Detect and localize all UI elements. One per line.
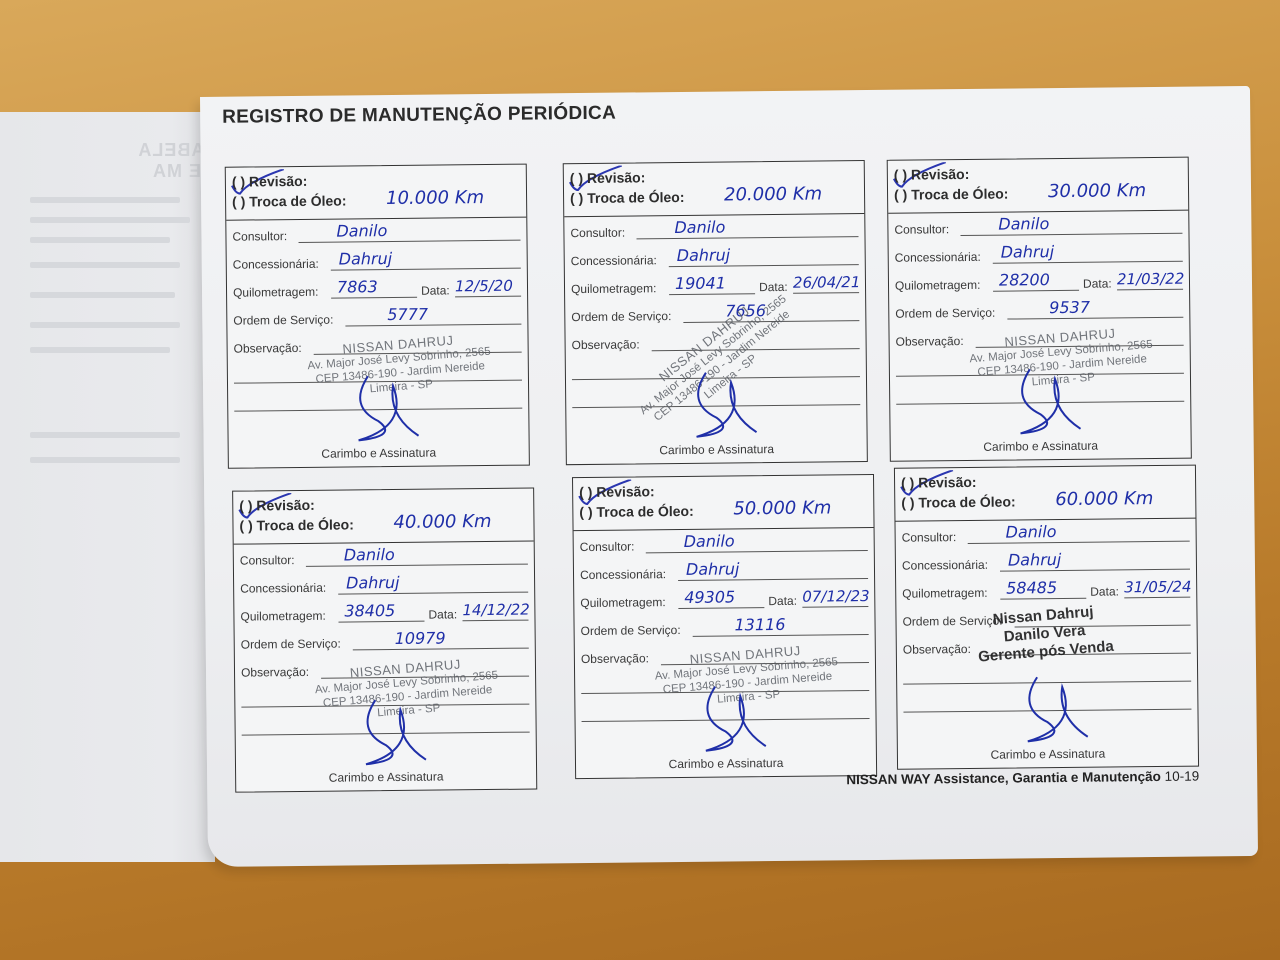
- quilometragem-row: Quilometragem: 7863 Data: 12/5/20: [227, 275, 527, 304]
- ghost-text-line: [30, 217, 190, 223]
- carimbo-assinatura-label: Carimbo e Assinatura: [567, 441, 867, 458]
- left-page: TABELA DE MA: [0, 112, 215, 862]
- maintenance-record-card: ( ) Revisão: ( ) Troca de Óleo: 20.000 K…: [563, 160, 868, 465]
- consultor-line: [646, 550, 868, 553]
- quilometragem-value: 49305: [684, 587, 735, 607]
- blank-line: [582, 718, 870, 722]
- consultor-line: [637, 236, 859, 239]
- revisao-checkbox-label[interactable]: ( ) Revisão:: [894, 166, 970, 183]
- data-line: [455, 296, 521, 298]
- ghost-text-line: [30, 322, 180, 328]
- revisao-checkbox-label[interactable]: ( ) Revisão:: [570, 169, 646, 186]
- concessionaria-label: Concessionária:: [580, 567, 666, 582]
- oil-change-km-value: 40.000 Km: [393, 511, 491, 533]
- ordem-servico-value: 13116: [734, 615, 785, 635]
- consultor-row: Consultor: Danilo: [226, 219, 526, 248]
- card-header: ( ) Revisão: ( ) Troca de Óleo: 60.000 K…: [895, 466, 1196, 522]
- card-header: ( ) Revisão: ( ) Troca de Óleo: 20.000 K…: [564, 161, 865, 217]
- concessionaria-value: Dahruj: [1008, 550, 1062, 570]
- consultor-value: Danilo: [998, 214, 1049, 234]
- ordem-servico-line: [693, 634, 869, 637]
- consultor-label: Consultor:: [240, 553, 295, 568]
- quilometragem-row: Quilometragem: 19041 Data: 26/04/21: [565, 271, 865, 300]
- maintenance-record-card: ( ) Revisão: ( ) Troca de Óleo: 30.000 K…: [887, 157, 1192, 462]
- ordem-servico-label: Ordem de Serviço:: [571, 309, 671, 324]
- consultor-line: [299, 240, 521, 243]
- consultor-value: Danilo: [344, 545, 395, 565]
- data-label: Data:: [421, 283, 450, 297]
- ordem-servico-line: [345, 324, 521, 327]
- consultor-label: Consultor:: [902, 530, 957, 545]
- quilometragem-value: 7863: [337, 277, 378, 296]
- concessionaria-value: Dahruj: [686, 559, 740, 579]
- carimbo-assinatura-label: Carimbo e Assinatura: [229, 445, 529, 462]
- blank-line: [896, 401, 1184, 405]
- observacao-label: Observação:: [896, 334, 964, 349]
- data-value: 31/05/24: [1124, 578, 1192, 597]
- ordem-servico-line: [353, 648, 529, 651]
- concessionaria-label: Concessionária:: [895, 250, 981, 265]
- quilometragem-label: Quilometragem:: [580, 595, 666, 610]
- quilometragem-line: [678, 607, 764, 609]
- data-label: Data:: [1090, 584, 1119, 598]
- carimbo-assinatura-label: Carimbo e Assinatura: [576, 755, 876, 772]
- consultor-value: Danilo: [336, 221, 387, 241]
- ghost-text-line: [30, 292, 175, 298]
- quilometragem-label: Quilometragem:: [240, 609, 326, 624]
- data-value: 12/5/20: [455, 277, 513, 296]
- concessionaria-label: Concessionária:: [902, 558, 988, 573]
- consultor-line: [960, 233, 1182, 236]
- quilometragem-value: 58485: [1006, 578, 1057, 598]
- consultor-row: Consultor: Danilo: [234, 543, 534, 572]
- oil-change-km-value: 20.000 Km: [724, 183, 822, 205]
- ghost-text-line: [30, 237, 170, 243]
- data-value: 26/04/21: [793, 273, 861, 292]
- ordem-servico-label: Ordem de Serviço:: [233, 313, 333, 328]
- maintenance-record-card: ( ) Revisão: ( ) Troca de Óleo: 40.000 K…: [232, 488, 537, 793]
- consultor-line: [968, 541, 1190, 544]
- card-header: ( ) Revisão: ( ) Troca de Óleo: 50.000 K…: [573, 475, 874, 531]
- quilometragem-row: Quilometragem: 28200 Data: 21/03/22: [889, 268, 1189, 297]
- data-label: Data:: [1083, 276, 1112, 290]
- ordem-servico-line: [1007, 317, 1183, 320]
- concessionaria-value: Dahruj: [1001, 242, 1055, 262]
- quilometragem-line: [1000, 598, 1086, 600]
- ghost-text-line: [30, 432, 180, 438]
- troca-oleo-checkbox-label[interactable]: ( ) Troca de Óleo:: [239, 516, 354, 533]
- revisao-checkbox-label[interactable]: ( ) Revisão:: [579, 483, 655, 500]
- quilometragem-line: [669, 293, 755, 295]
- observacao-label: Observação:: [234, 341, 302, 356]
- quilometragem-label: Quilometragem:: [902, 586, 988, 601]
- consultor-line: [306, 564, 528, 567]
- blank-line: [242, 732, 530, 736]
- data-line: [802, 606, 868, 608]
- consultor-label: Consultor:: [232, 229, 287, 244]
- footer-text: NISSAN WAY Assistance, Garantia e Manute…: [846, 769, 1161, 787]
- troca-oleo-checkbox-label[interactable]: ( ) Troca de Óleo:: [570, 189, 685, 206]
- ordem-servico-row: Ordem de Serviço: 10979: [235, 627, 535, 656]
- concessionaria-row: Concessionária: Dahruj: [889, 240, 1189, 269]
- concessionaria-row: Concessionária: Dahruj: [565, 243, 865, 272]
- quilometragem-line: [339, 621, 425, 623]
- quilometragem-value: 19041: [675, 274, 726, 294]
- ordem-servico-label: Ordem de Serviço:: [581, 623, 681, 638]
- oil-change-km-value: 10.000 Km: [386, 187, 484, 209]
- blank-line: [903, 709, 1191, 713]
- ordem-servico-value: 9537: [1049, 298, 1090, 317]
- quilometragem-row: Quilometragem: 49305 Data: 07/12/23: [574, 585, 874, 614]
- concessionaria-row: Concessionária: Dahruj: [227, 247, 527, 276]
- ghost-text-line: [30, 457, 180, 463]
- quilometragem-label: Quilometragem:: [571, 281, 657, 296]
- concessionaria-row: Concessionária: Dahruj: [234, 571, 534, 600]
- observacao-label: Observação:: [572, 337, 640, 352]
- consultor-value: Danilo: [1006, 522, 1057, 542]
- blank-line-row: [897, 660, 1197, 689]
- quilometragem-line: [993, 290, 1079, 292]
- ordem-servico-row: Ordem de Serviço: 5777: [227, 303, 527, 332]
- quilometragem-value: 38405: [344, 601, 395, 621]
- troca-oleo-checkbox-label[interactable]: ( ) Troca de Óleo:: [901, 493, 1016, 510]
- data-line: [1124, 597, 1190, 599]
- page-footer: NISSAN WAY Assistance, Garantia e Manute…: [846, 769, 1199, 788]
- consultor-label: Consultor:: [580, 539, 635, 554]
- oil-change-km-value: 50.000 Km: [733, 497, 831, 519]
- ghost-text-line: [30, 262, 180, 268]
- quilometragem-label: Quilometragem:: [233, 285, 319, 300]
- card-header: ( ) Revisão: ( ) Troca de Óleo: 10.000 K…: [226, 165, 527, 221]
- troca-oleo-checkbox-label[interactable]: ( ) Troca de Óleo:: [232, 192, 347, 209]
- concessionaria-value: Dahruj: [677, 245, 731, 265]
- revisao-checkbox-label[interactable]: ( ) Revisão:: [901, 474, 977, 491]
- ghost-text-line: [30, 197, 180, 203]
- ordem-servico-label: Ordem de Serviço:: [895, 306, 995, 321]
- oil-change-km-value: 30.000 Km: [1048, 180, 1146, 202]
- maintenance-record-card: ( ) Revisão: ( ) Troca de Óleo: 60.000 K…: [894, 465, 1199, 770]
- concessionaria-label: Concessionária:: [571, 253, 657, 268]
- concessionaria-label: Concessionária:: [240, 581, 326, 596]
- observacao-label: Observação:: [241, 665, 309, 680]
- carimbo-assinatura-label: Carimbo e Assinatura: [236, 769, 536, 786]
- data-line: [1117, 289, 1183, 291]
- blank-line-row: [897, 688, 1197, 717]
- ordem-servico-value: 10979: [395, 628, 446, 648]
- consultor-value: Danilo: [684, 531, 735, 551]
- concessionaria-row: Concessionária: Dahruj: [896, 548, 1196, 577]
- concessionaria-label: Concessionária:: [233, 257, 319, 272]
- page-number: 10-19: [1165, 769, 1200, 784]
- carimbo-assinatura-label: Carimbo e Assinatura: [891, 438, 1191, 455]
- ghost-text-line: [30, 347, 170, 353]
- troca-oleo-checkbox-label[interactable]: ( ) Troca de Óleo:: [579, 503, 694, 520]
- data-value: 07/12/23: [802, 587, 870, 606]
- consultor-label: Consultor:: [894, 222, 949, 237]
- data-line: [462, 620, 528, 622]
- maintenance-record-page: REGISTRO DE MANUTENÇÃO PERIÓDICA ( ) Rev…: [200, 86, 1258, 867]
- maintenance-record-card: ( ) Revisão: ( ) Troca de Óleo: 50.000 K…: [572, 474, 877, 779]
- consultor-row: Consultor: Danilo: [564, 215, 864, 244]
- card-header: ( ) Revisão: ( ) Troca de Óleo: 40.000 K…: [233, 489, 534, 545]
- consultor-label: Consultor:: [570, 226, 625, 241]
- data-label: Data:: [768, 594, 797, 608]
- quilometragem-row: Quilometragem: 38405 Data: 14/12/22: [234, 599, 534, 628]
- concessionaria-value: Dahruj: [346, 573, 400, 593]
- blank-line: [903, 681, 1191, 685]
- quilometragem-line: [331, 297, 417, 299]
- consultor-row: Consultor: Danilo: [888, 212, 1188, 241]
- consultor-value: Danilo: [674, 218, 725, 238]
- quilometragem-label: Quilometragem:: [895, 278, 981, 293]
- concessionaria-row: Concessionária: Dahruj: [574, 557, 874, 586]
- troca-oleo-checkbox-label[interactable]: ( ) Troca de Óleo:: [894, 186, 1009, 203]
- quilometragem-row: Quilometragem: 58485 Data: 31/05/24: [896, 576, 1196, 605]
- concessionaria-value: Dahruj: [339, 249, 393, 269]
- data-value: 14/12/22: [462, 601, 530, 620]
- carimbo-assinatura-label: Carimbo e Assinatura: [898, 746, 1198, 763]
- ordem-servico-label: Ordem de Serviço:: [241, 637, 341, 652]
- ordem-servico-row: Ordem de Serviço: 9537: [889, 296, 1189, 325]
- card-header: ( ) Revisão: ( ) Troca de Óleo: 30.000 K…: [888, 158, 1189, 214]
- manager-stamp: Nissan DahrujDanilo VeraGerente pós Vend…: [975, 602, 1115, 667]
- consultor-row: Consultor: Danilo: [574, 529, 874, 558]
- ordem-servico-value: 5777: [387, 305, 428, 324]
- revisao-checkbox-label[interactable]: ( ) Revisão:: [232, 173, 308, 190]
- oil-change-km-value: 60.000 Km: [1055, 488, 1153, 510]
- data-value: 21/03/22: [1117, 270, 1185, 289]
- data-label: Data:: [428, 607, 457, 621]
- observacao-label: Observação:: [581, 651, 649, 666]
- maintenance-record-card: ( ) Revisão: ( ) Troca de Óleo: 10.000 K…: [225, 164, 530, 469]
- data-line: [793, 292, 859, 294]
- consultor-row: Consultor: Danilo: [895, 520, 1195, 549]
- ordem-servico-row: Ordem de Serviço: 13116: [574, 613, 874, 642]
- blank-line: [572, 404, 860, 408]
- quilometragem-value: 28200: [999, 270, 1050, 290]
- blank-line: [234, 408, 522, 412]
- observacao-label: Observação:: [903, 642, 971, 657]
- page-title: REGISTRO DE MANUTENÇÃO PERIÓDICA: [222, 103, 616, 129]
- revisao-checkbox-label[interactable]: ( ) Revisão:: [239, 497, 315, 514]
